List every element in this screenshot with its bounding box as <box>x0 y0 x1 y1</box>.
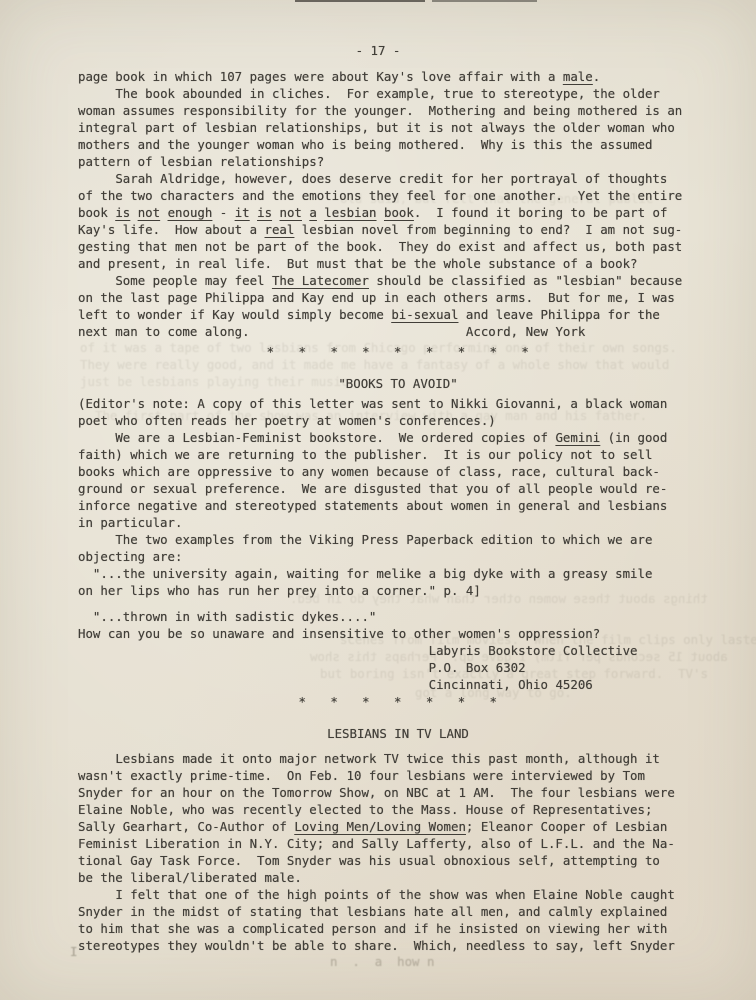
text-line: book is not enough - it is not a lesbian… <box>78 204 718 221</box>
text-segment: ground or sexual preference. We are disg… <box>78 481 667 496</box>
text-segment: books which are oppressive to any women … <box>78 464 660 479</box>
page-content: page book in which 107 pages were about … <box>78 68 718 954</box>
underlined-text: male <box>563 69 593 84</box>
text-segment: gesting that men not be part of the book… <box>78 239 682 254</box>
text-line: in particular. <box>78 514 718 531</box>
text-segment: "...the university again, waiting for me… <box>93 566 653 581</box>
text-line: faith) which we are returning to the pub… <box>78 446 718 463</box>
text-segment: poet who often reads her poetry at women… <box>78 413 496 428</box>
text-segment: book <box>78 205 115 220</box>
text-segment: Snyder in the midst of stating that lesb… <box>78 904 667 919</box>
text-segment: Some people may feel <box>115 273 272 288</box>
text-line: "...thrown in with sadistic dykes...." <box>78 608 718 625</box>
text-segment: tional Gay Task Force. Tom Snyder was hi… <box>78 853 660 868</box>
text-segment <box>250 205 257 220</box>
text-segment: . <box>593 69 600 84</box>
text-line: woman assumes responsibility for the you… <box>78 102 718 119</box>
text-segment <box>78 273 115 288</box>
text-line: of the two characters and the emotions t… <box>78 187 718 204</box>
heading-books-to-avoid: "BOOKS TO AVOID" <box>78 375 718 392</box>
text-segment: Kay's life. How about a <box>78 222 265 237</box>
text-segment: . I found it boring to be part of <box>414 205 668 220</box>
text-line: on the last page Philippa and Kay end up… <box>78 289 718 306</box>
text-segment: Lesbians made it onto major network TV t… <box>115 751 660 766</box>
text-line: Snyder in the midst of stating that lesb… <box>78 903 718 920</box>
text-segment: Elaine Noble, who was recently elected t… <box>78 802 652 817</box>
letter-continuation: page book in which 107 pages were about … <box>78 68 718 340</box>
text-line: We are a Lesbian-Feminist bookstore. We … <box>78 429 718 446</box>
text-segment <box>78 566 93 581</box>
text-line: on her lips who has run her prey into a … <box>78 582 718 599</box>
underlined-text: The Latecomer <box>272 273 369 288</box>
text-segment: "...thrown in with sadistic dykes...." <box>93 609 376 624</box>
text-line: pattern of lesbian relationships? <box>78 153 718 170</box>
text-segment: stereotypes they wouldn't be able to sha… <box>78 938 675 953</box>
text-segment: P.O. Box 6302 <box>429 660 526 675</box>
underlined-text: not <box>280 205 302 220</box>
text-segment: should be classified as "lesbian" becaus… <box>369 273 682 288</box>
text-segment: Accord, New York <box>466 324 585 339</box>
underlined-text: bi-sexual <box>391 307 458 322</box>
underlined-text: lesbian <box>324 205 376 220</box>
text-line: How can you be so unaware and insensitiv… <box>78 625 718 642</box>
text-line: stereotypes they wouldn't be able to sha… <box>78 937 718 954</box>
scanned-page: - 17 - old said, but felt that the gener… <box>0 0 756 1000</box>
text-segment: ; Eleanor Cooper of Lesbian <box>466 819 667 834</box>
text-segment: Labyris Bookstore Collective <box>429 643 638 658</box>
text-line: inforce negative and stereotyped stateme… <box>78 497 718 514</box>
text-line: Lesbians made it onto major network TV t… <box>78 750 718 767</box>
text-segment <box>250 324 466 339</box>
text-segment: (Editor's note: A copy of this letter wa… <box>78 396 667 411</box>
text-line: I felt that one of the high points of th… <box>78 886 718 903</box>
text-segment: left to wonder if Kay would simply becom… <box>78 307 391 322</box>
text-segment: Cincinnati, Ohio 45206 <box>429 677 593 692</box>
text-segment: Sarah Aldridge, however, does deserve cr… <box>115 171 667 186</box>
text-line: wasn't exactly prime-time. On Feb. 10 fo… <box>78 767 718 784</box>
text-segment <box>78 171 115 186</box>
scan-edge-artifact <box>295 0 425 2</box>
text-line: gesting that men not be part of the book… <box>78 238 718 255</box>
text-line: ground or sexual preference. We are disg… <box>78 480 718 497</box>
ghost-text-fragment: I <box>70 943 77 960</box>
text-segment: Snyder for an hour on the Tomorrow Show,… <box>78 785 675 800</box>
text-segment: inforce negative and stereotyped stateme… <box>78 498 667 513</box>
underlined-text: enough <box>168 205 213 220</box>
lesbians-in-tv-land-article: Lesbians made it onto major network TV t… <box>78 750 718 954</box>
text-segment: and leave Philippa for the <box>458 307 659 322</box>
ghost-text-fragment: n . a how n <box>330 953 434 970</box>
text-line: Some people may feel The Latecomer shoul… <box>78 272 718 289</box>
text-segment <box>78 887 115 902</box>
underlined-text: Loving Men/Loving Women <box>294 819 466 834</box>
separator-2: * * * * * * * <box>78 693 718 710</box>
text-segment: Feminist Liberation in N.Y. City; and Sa… <box>78 836 675 851</box>
text-segment: lesbian novel from beginning to end? I a… <box>294 222 682 237</box>
text-line: Labyris Bookstore Collective <box>78 642 718 659</box>
text-segment: How can you be so unaware and insensitiv… <box>78 626 600 641</box>
text-segment <box>78 430 115 445</box>
text-segment: page book in which 107 pages were about … <box>78 69 563 84</box>
text-segment: (in good <box>600 430 667 445</box>
text-segment <box>78 86 115 101</box>
text-line: integral part of lesbian relationships, … <box>78 119 718 136</box>
text-line: page book in which 107 pages were about … <box>78 68 718 85</box>
text-line: Sarah Aldridge, however, does deserve cr… <box>78 170 718 187</box>
text-line: (Editor's note: A copy of this letter wa… <box>78 395 718 412</box>
text-line: The book abounded in cliches. For exampl… <box>78 85 718 102</box>
text-line: mothers and the younger woman who is bei… <box>78 136 718 153</box>
text-segment: wasn't exactly prime-time. On Feb. 10 fo… <box>78 768 645 783</box>
text-segment: The two examples from the Viking Press P… <box>115 532 652 547</box>
text-line: next man to come along. Accord, New York <box>78 323 718 340</box>
text-line: left to wonder if Kay would simply becom… <box>78 306 718 323</box>
scan-edge-artifact <box>432 0 537 2</box>
heading-lesbians-in-tv-land: LESBIANS IN TV LAND <box>78 725 718 742</box>
text-segment: The book abounded in cliches. For exampl… <box>115 86 660 101</box>
text-line: and present, in real life. But must that… <box>78 255 718 272</box>
text-line: "...the university again, waiting for me… <box>78 565 718 582</box>
text-segment: and present, in real life. But must that… <box>78 256 638 271</box>
text-segment: objecting are: <box>78 549 182 564</box>
text-line: Sally Gearhart, Co-Author of Loving Men/… <box>78 818 718 835</box>
separator-1: * * * * * * * * * <box>78 343 718 360</box>
text-line: Feminist Liberation in N.Y. City; and Sa… <box>78 835 718 852</box>
text-segment <box>377 205 384 220</box>
text-segment <box>78 609 93 624</box>
text-line: to him that she was a complicated person… <box>78 920 718 937</box>
text-segment: be the liberal/liberated male. <box>78 870 302 885</box>
text-segment: on the last page Philippa and Kay end up… <box>78 290 675 305</box>
text-segment: next man to come along. <box>78 324 250 339</box>
text-segment: woman assumes responsibility for the you… <box>78 103 682 118</box>
text-line: books which are oppressive to any women … <box>78 463 718 480</box>
text-line: be the liberal/liberated male. <box>78 869 718 886</box>
text-line: Snyder for an hour on the Tomorrow Show,… <box>78 784 718 801</box>
text-line: P.O. Box 6302 <box>78 659 718 676</box>
text-segment <box>160 205 167 220</box>
underlined-text: book <box>384 205 414 220</box>
books-to-avoid-letter: (Editor's note: A copy of this letter wa… <box>78 395 718 693</box>
underlined-text: a <box>309 205 316 220</box>
text-line: Elaine Noble, who was recently elected t… <box>78 801 718 818</box>
text-segment: We are a Lesbian-Feminist bookstore. We … <box>115 430 555 445</box>
underlined-text: it <box>235 205 250 220</box>
text-line: poet who often reads her poetry at women… <box>78 412 718 429</box>
text-segment: integral part of lesbian relationships, … <box>78 120 675 135</box>
text-line: The two examples from the Viking Press P… <box>78 531 718 548</box>
text-segment: I felt that one of the high points of th… <box>115 887 675 902</box>
text-segment: mothers and the younger woman who is bei… <box>78 137 652 152</box>
text-segment <box>78 677 429 692</box>
page-number: - 17 - <box>0 42 756 59</box>
underlined-text: is <box>257 205 272 220</box>
underlined-text: not <box>138 205 160 220</box>
text-segment <box>272 205 279 220</box>
text-segment: in particular. <box>78 515 182 530</box>
underlined-text: real <box>265 222 295 237</box>
text-segment: pattern of lesbian relationships? <box>78 154 324 169</box>
text-segment: on her lips who has run her prey into a … <box>78 583 481 598</box>
text-line: tional Gay Task Force. Tom Snyder was hi… <box>78 852 718 869</box>
text-segment <box>78 643 429 658</box>
text-segment <box>130 205 137 220</box>
text-segment <box>78 532 115 547</box>
text-segment: - <box>212 205 234 220</box>
text-line: Kay's life. How about a real lesbian nov… <box>78 221 718 238</box>
text-line: objecting are: <box>78 548 718 565</box>
text-segment <box>78 751 115 766</box>
text-segment: faith) which we are returning to the pub… <box>78 447 652 462</box>
underlined-text: is <box>115 205 130 220</box>
text-segment <box>78 660 429 675</box>
text-segment: of the two characters and the emotions t… <box>78 188 682 203</box>
text-segment: Sally Gearhart, Co-Author of <box>78 819 294 834</box>
text-line: Cincinnati, Ohio 45206 <box>78 676 718 693</box>
text-segment: to him that she was a complicated person… <box>78 921 667 936</box>
underlined-text: Gemini <box>555 430 600 445</box>
